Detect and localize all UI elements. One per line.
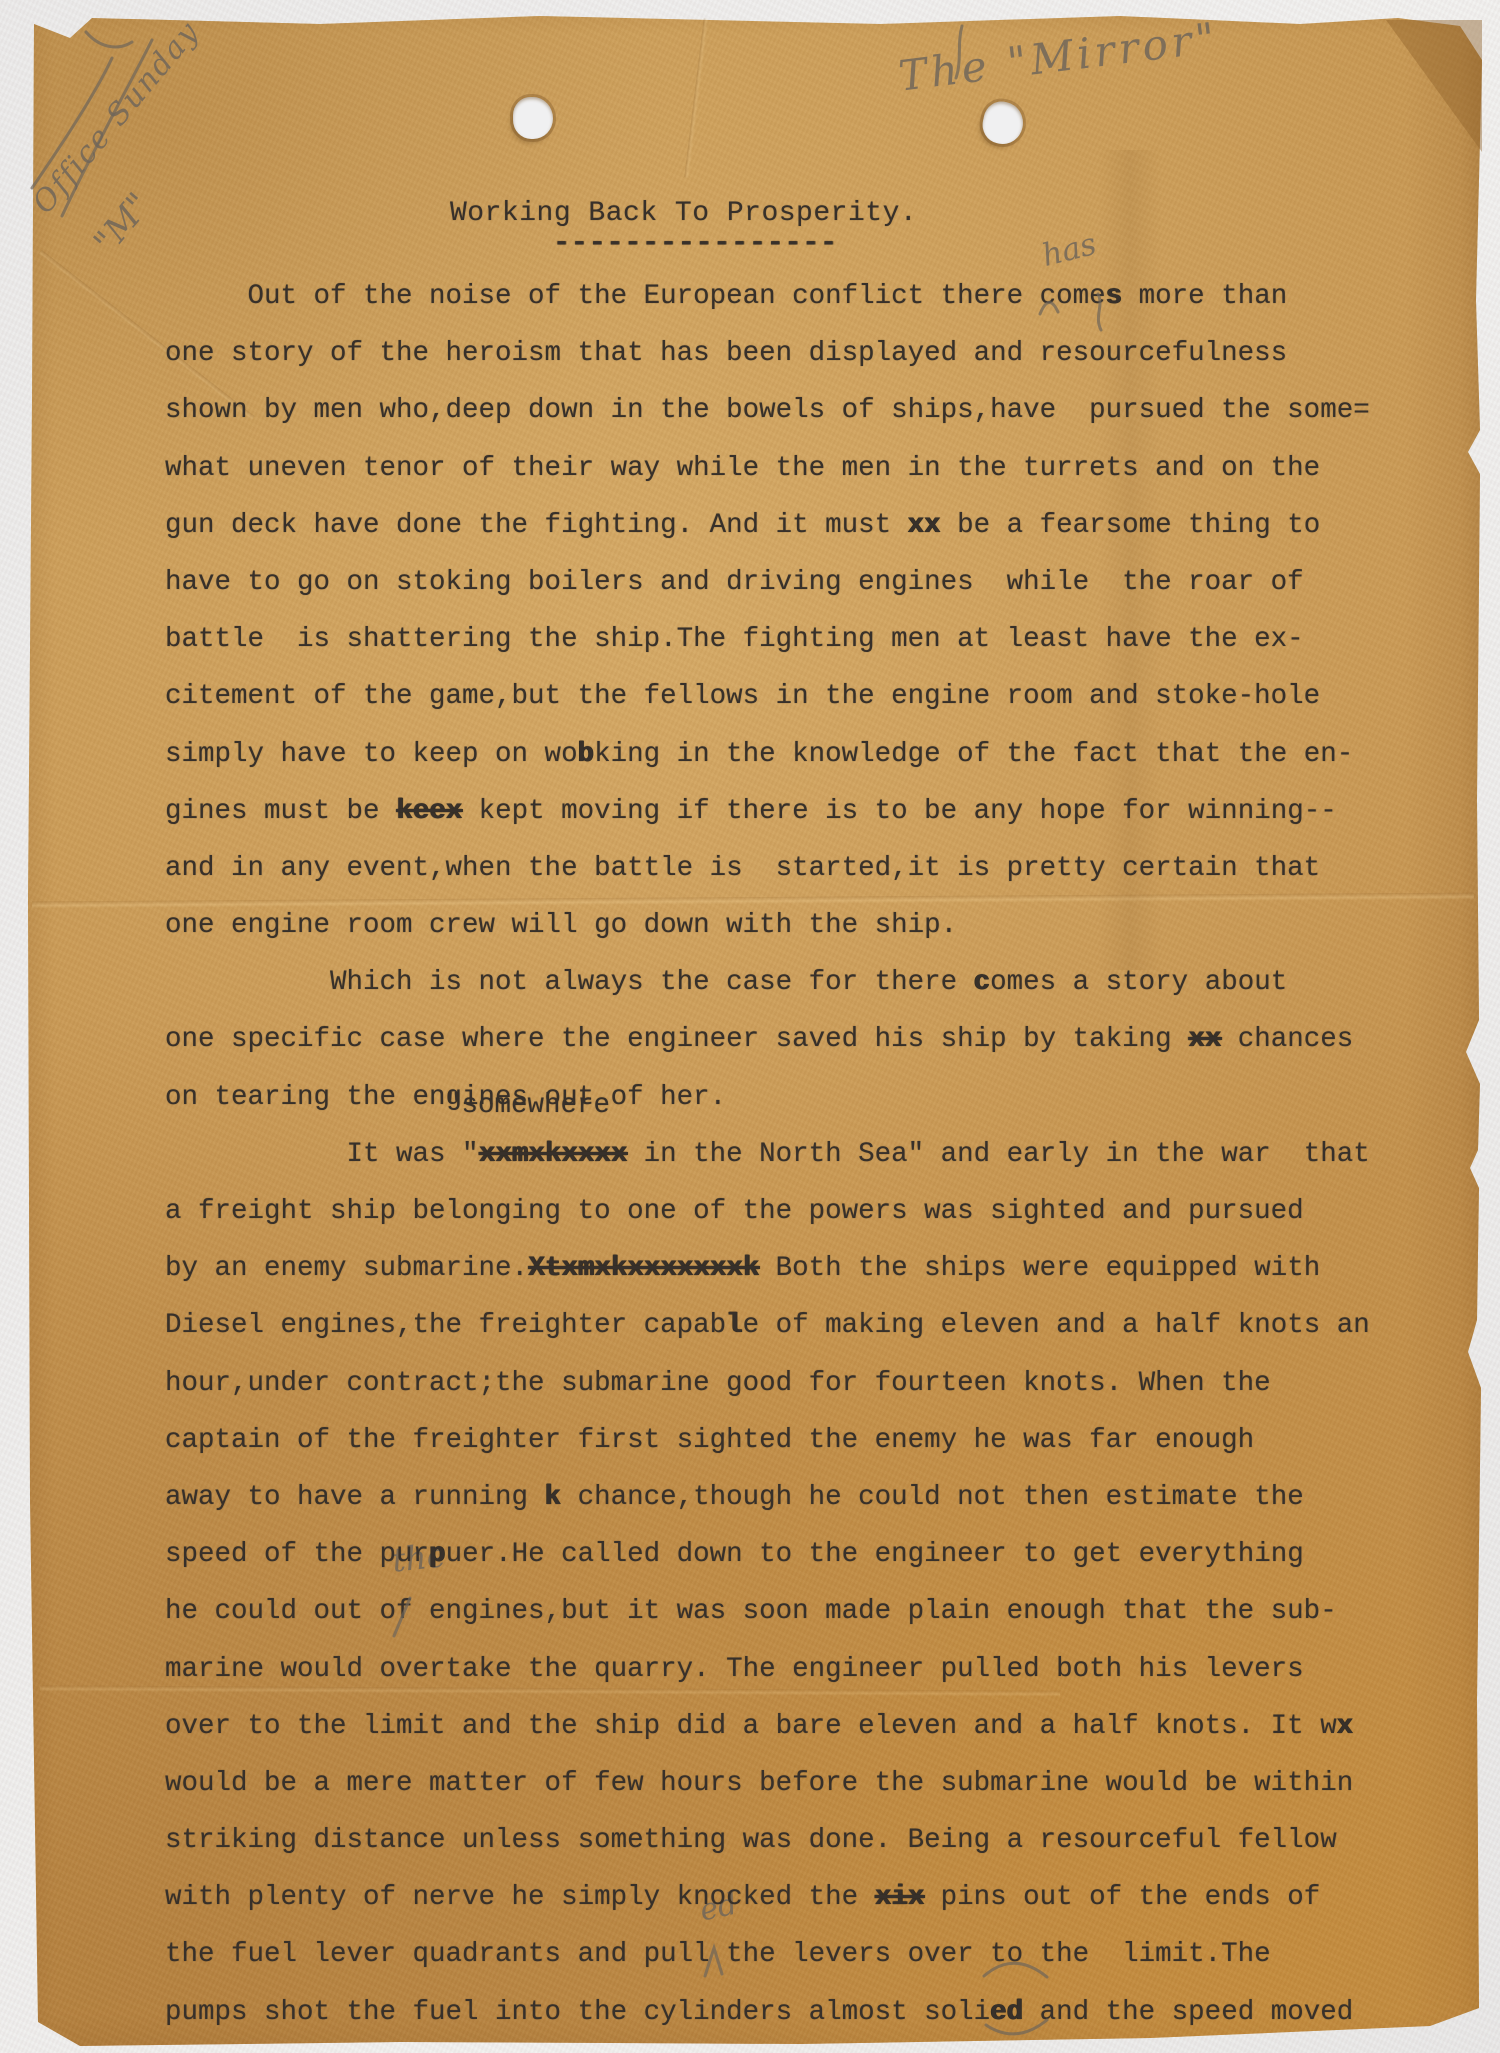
title-underline: ---------------- bbox=[553, 228, 838, 259]
typed-line: speed of the purpuer.He called down to t… bbox=[165, 1526, 1370, 1583]
typed-line: striking distance unless something was d… bbox=[165, 1812, 1370, 1869]
typed-line: by an enemy submarine.Xtxmxkxxxxxxxk Bot… bbox=[165, 1240, 1370, 1297]
typed-line: marine would overtake the quarry. The en… bbox=[165, 1641, 1370, 1698]
typed-line: the fuel lever quadrants and pull the le… bbox=[165, 1926, 1370, 1983]
typed-line: hour,under contract;the submarine good f… bbox=[165, 1355, 1370, 1412]
typed-line: citement of the game,but the fellows in … bbox=[165, 668, 1370, 725]
typed-line: captain of the freighter first sighted t… bbox=[165, 1412, 1370, 1469]
typed-line: gines must be keex kept moving if there … bbox=[165, 783, 1370, 840]
typed-line: battle is shattering the ship.The fighti… bbox=[165, 611, 1370, 668]
document-title: Working Back To Prosperity. bbox=[450, 198, 917, 229]
typed-line: shown by men who,deep down in the bowels… bbox=[165, 382, 1370, 439]
typed-line: one story of the heroism that has been d… bbox=[165, 325, 1370, 382]
typed-line: Out of the noise of the European conflic… bbox=[165, 268, 1370, 325]
scanned-document-page: { "document": { "kind": "typewritten man… bbox=[0, 0, 1500, 2053]
typed-line: with plenty of nerve he simply knocked t… bbox=[165, 1869, 1370, 1926]
typed-insert-somewhere: "somewhere bbox=[445, 1090, 610, 1121]
typed-lines: Out of the noise of the European conflic… bbox=[165, 268, 1370, 2041]
typed-line: Diesel engines,the freighter capable of … bbox=[165, 1297, 1370, 1354]
typed-line: one specific case where the engineer sav… bbox=[165, 1011, 1370, 1068]
typed-line: would be a mere matter of few hours befo… bbox=[165, 1755, 1370, 1812]
typed-line: on tearing the engines out of her. bbox=[165, 1069, 1370, 1126]
typed-line: gun deck have done the fighting. And it … bbox=[165, 497, 1370, 554]
typed-line: away to have a running k chance,though h… bbox=[165, 1469, 1370, 1526]
typed-line: he could out of engines,but it was soon … bbox=[165, 1583, 1370, 1640]
typed-line: Which is not always the case for there c… bbox=[165, 954, 1370, 1011]
typed-line: over to the limit and the ship did a bar… bbox=[165, 1698, 1370, 1755]
punch-hole-left bbox=[513, 97, 553, 139]
typed-line: simply have to keep on wobking in the kn… bbox=[165, 726, 1370, 783]
typed-line: It was "xxmxkxxxx in the North Sea" and … bbox=[165, 1126, 1370, 1183]
typed-line: have to go on stoking boilers and drivin… bbox=[165, 554, 1370, 611]
typed-line: and in any event,when the battle is star… bbox=[165, 840, 1370, 897]
typed-line: a freight ship belonging to one of the p… bbox=[165, 1183, 1370, 1240]
typed-line: what uneven tenor of their way while the… bbox=[165, 440, 1370, 497]
typed-line: pumps shot the fuel into the cylinders a… bbox=[165, 1984, 1370, 2041]
typed-line: one engine room crew will go down with t… bbox=[165, 897, 1370, 954]
